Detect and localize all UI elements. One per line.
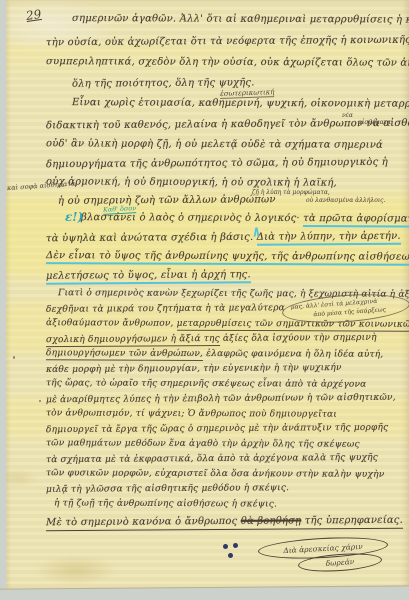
line-text-underlined: σχολικὴ δημιουργήσωμεν ἡ ἄξιά της	[46, 334, 220, 347]
page-number: 29	[25, 7, 42, 23]
superscript-insertion: νέα	[342, 112, 353, 119]
manuscript-line: οὐχ ἁρμονική, ἡ οὐ δημιουργική, ἡ οὐ σχο…	[46, 176, 337, 188]
manuscript-line: ὅλη τῆς ποιότητος, ὅλη τῆς ψυχῆς.	[72, 77, 255, 89]
manuscript-line: τὸν ἀνθρωπισμόν, τί ψάχνει; Ὁ ἄνθρωπος π…	[46, 408, 337, 419]
line-text-underlined-cyan: Δὲν εἶναι τὸ ὕψος τῆς ἀνθρωπίνης ψυχῆς, …	[46, 250, 409, 266]
line-text: οὐχ ἁρμονική, ἡ οὐ δημιουργική, ἡ οὐ σχο…	[46, 176, 337, 188]
ink-dot	[223, 544, 228, 549]
closing-line-wrap: Μὲ τὸ σημερινὸ κανόνα ὁ ἄνθρωπος θὰ βοηθ…	[46, 515, 403, 531]
signature-text: δωρεάν	[325, 557, 354, 568]
manuscript-line: δεχθῆναι τὰ μικρά του ζητήματα ἡ τὰ μεγα…	[46, 303, 285, 315]
line-text: μὲ ἀναρίθμητες λύπες ἡ τὴν ἐπιβολὴ τῶν ἀ…	[46, 393, 396, 405]
manuscript-page: 29 σημερινῶν ἀγαθῶν. Ἀλλ' ὅτι αἱ καθημερ…	[6, 0, 409, 591]
ink-speck	[39, 400, 41, 402]
line-text: τὰ σχήματα μὲ τὰ ἐκφραστικά, ὅλα ἀπὸ τὰ …	[46, 453, 378, 465]
line-text: τὴν οὐσία, οὐκ ἀχωρίζεται ὅτι τὰ νεόφερτ…	[46, 35, 409, 49]
paper-stain	[13, 356, 15, 359]
line-text: τῶν φυσικῶν μορφῶν, εὐχαριστεῖ ὅλα ὅσα ἀ…	[46, 468, 384, 479]
line-text-underlined-cyan: μελετήσεως τὸ ὕψος, εἶναι ἡ ἀρχή της.	[46, 269, 251, 284]
line-text: συμπεριληπτικά, σχεδὸν ὅλη τὴν οὐσία, οὐ…	[46, 56, 409, 69]
manuscript-line: κάθε μορφὴ μὲ τὴν δημιουργίαν, τὴν εὐγεν…	[46, 363, 342, 375]
line-text: τὸν ἀνθρωπισμόν, τί ψάχνει; Ὁ ἄνθρωπος π…	[46, 408, 337, 419]
line-text: κάθε μορφὴ μὲ τὴν δημιουργίαν, τὴν εὐγεν…	[46, 363, 342, 375]
manuscript-closing-line: Μὲ τὸ σημερινὸ κανόνα ὁ ἄνθρωπος θὰ βοηθ…	[46, 515, 403, 528]
ink-dot	[233, 543, 238, 548]
manuscript-line: τὰ ὑψηλὰ καὶ ἀνώτατα σχέδια ἡ βάσις. Διὰ…	[46, 231, 401, 244]
margin-epsilon-mark: ε!)	[65, 210, 83, 224]
ink-dot	[228, 553, 233, 558]
line-text-struck: θὰ βοηθήσῃ	[241, 515, 302, 526]
superscript-insertion: ζῇ ἡ λύπη τὰ μορφώματα,	[252, 189, 330, 196]
line-text: τῆς ὥρας, τὸ ὡραῖο τῆς σημερινῆς σκέψεως…	[46, 378, 367, 389]
line-text: ἡ οὐ σημερινὴ ζωὴ τῶν ἄλλων ἀνθρώπων	[58, 194, 276, 207]
manuscript-line: Εἶναι χωρὶς ἑτοιμασία, καθημερινή, ψυχικ…	[72, 97, 409, 110]
manuscript-line: μιλᾷ τὴ γλῶσσα τῆς αἰσθητικῆς μεθόδου ἡ …	[46, 483, 289, 495]
superscript-insertion: οὐ λανθασμένα ἀλλήλοις.	[306, 197, 385, 204]
line-text: δεχθῆναι τὰ μικρά του ζητήματα ἡ τὰ μεγα…	[46, 303, 285, 315]
line-text-underlined: δημιουργήσωμεν τῶν ἀνθρώπων,	[46, 348, 203, 361]
teal-insertion: Καθ' ὅσον	[103, 204, 137, 215]
manuscript-line: μελετήσεως τὸ ὕψος, εἶναι ἡ ἀρχή της.	[46, 269, 251, 281]
cyan-caret-mark: ∧	[252, 222, 261, 240]
manuscript-line: τῶν μαθημάτων μεθόδων ἕνα ἀγαθὸ τὴν ἀρχὴ…	[46, 438, 360, 449]
line-text: ἀξίες ὅλα ἰσχύουν τὴν σημερινὴ	[220, 333, 377, 344]
manuscript-line: μὲ ἀναρίθμητες λύπες ἡ τὴν ἐπιβολὴ τῶν ἀ…	[46, 393, 396, 405]
manuscript-line: σημερινῶν ἀγαθῶν. Ἀλλ' ὅτι αἱ καθημερινα…	[72, 13, 409, 26]
line-text: Εἶναι χωρὶς ἑτοιμασία, καθημερινή, ψυχικ…	[72, 97, 409, 110]
manuscript-line: σχολικὴ δημιουργήσωμεν ἡ ἄξιά της ἀξίες …	[46, 333, 377, 345]
line-text: τῆς ὑπερηφανείας.	[301, 515, 403, 527]
manuscript-line: τὴν οὐσία, οὐκ ἀχωρίζεται ὅτι τὰ νεόφερτ…	[46, 35, 409, 49]
line-text: ὅλη τῆς ποιότητος, ὅλη τῆς ψυχῆς.	[72, 77, 255, 89]
line-text: διδακτικὴ τοῦ καθενός, μελαίνα ἡ καθοδηγ…	[46, 118, 409, 132]
line-text: Μὲ τὸ σημερινὸ κανόνα ὁ ἄνθρωπος	[46, 516, 241, 528]
line-text: ἐλαφρῶς φαινόμενα ἡ ὅλη ἰδέα αὐτή,	[203, 349, 383, 360]
line-text: μιλᾷ τὴ γλῶσσα τῆς αἰσθητικῆς μεθόδου ἡ …	[46, 483, 289, 495]
manuscript-line: οὐδ' ἂν ὑλικὴ μορφὴ ζῇ, ἡ οὐ μελετᾷ οὐδὲ…	[46, 138, 383, 150]
scanner-background-strip	[0, 585, 409, 600]
line-text: δημιουργήματα τῆς ἀνθρωπότητος τὸ σῶμα, …	[46, 157, 388, 170]
line-text: τῶν μαθημάτων μεθόδων ἕνα ἀγαθὸ τὴν ἀρχὴ…	[46, 438, 360, 449]
interline-insertion: ἐσωτερικωτική	[220, 88, 275, 99]
line-text-underlined-cyan: τὰ πρῶτα ἀφορίσματα,	[303, 213, 409, 228]
manuscript-line: συμπεριληπτικά, σχεδὸν ὅλη τὴν οὐσία, οὐ…	[46, 56, 409, 69]
line-text: δημιουργεῖ τὰ ἔργα τῆς ὥρας ὁ σημερινὸς …	[46, 423, 388, 435]
manuscript-line: βλαστάνει ὁ λαὸς ὁ σημερινὸς ὁ λογικός· …	[81, 212, 409, 225]
manuscript-line: τῆς ὥρας, τὸ ὡραῖο τῆς σημερινῆς σκέψεως…	[46, 378, 367, 389]
manuscript-line: Δὲν εἶναι τὸ ὕψος τῆς ἀνθρωπίνης ψυχῆς, …	[46, 250, 409, 263]
line-text: σημερινῶν ἀγαθῶν. Ἀλλ' ὅτι αἱ καθημερινα…	[72, 13, 409, 26]
manuscript-line: διδακτικὴ τοῦ καθενός, μελαίνα ἡ καθοδηγ…	[46, 118, 409, 132]
manuscript-line: δημιουργεῖ τὰ ἔργα τῆς ὥρας ὁ σημερινὸς …	[46, 423, 388, 435]
line-text-underlined-cyan: Διὰ τὴν λύπην, τὴν ἀρετήν.	[257, 231, 401, 246]
margin-note: καὶ σοφὰ αἰσθήματα,	[7, 181, 69, 192]
line-text: ἡ τῇ ζωῇ τῆς ἀνθρωπίνης αἰσθήσεως ἡ σκέψ…	[54, 499, 277, 510]
line-text: οὐδ' ἂν ὑλικὴ μορφὴ ζῇ, ἡ οὐ μελετᾷ οὐδὲ…	[46, 138, 383, 150]
manuscript-line: τὰ σχήματα μὲ τὰ ἐκφραστικά, ὅλα ἀπὸ τὰ …	[46, 453, 378, 465]
manuscript-line: δημιουργήματα τῆς ἀνθρωπότητος τὸ σῶμα, …	[46, 157, 388, 170]
manuscript-line: τῶν φυσικῶν μορφῶν, εὐχαριστεῖ ὅλα ὅσα ἀ…	[46, 468, 384, 479]
line-text: τὰ ὑψηλὰ καὶ ἀνώτατα σχέδια ἡ βάσις.	[46, 232, 257, 244]
manuscript-line: ἡ τῇ ζωῇ τῆς ἀνθρωπίνης αἰσθήσεως ἡ σκέψ…	[54, 499, 277, 510]
superscript-insertion: αἰσθήματα	[358, 119, 391, 126]
manuscript-line: δημιουργήσωμεν τῶν ἀνθρώπων, ἐλαφρῶς φαι…	[46, 348, 383, 359]
manuscript-line: ἡ οὐ σημερινὴ ζωὴ τῶν ἄλλων ἀνθρώπων	[58, 194, 276, 207]
line-text: ἀξιοθαύμαστον ἄνθρωπον,	[46, 318, 177, 329]
